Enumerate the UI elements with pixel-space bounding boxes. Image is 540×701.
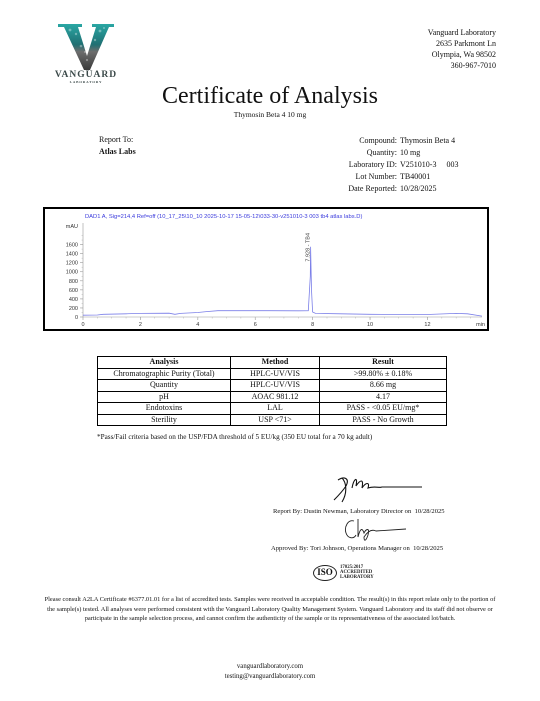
info-key: Compound:: [280, 135, 400, 147]
info-row-date-reported: Date Reported: 10/28/2025: [280, 183, 458, 195]
iso-laboratory: LABORATORY: [340, 575, 374, 580]
result-cell: PASS - <0.05 EU/mg*: [320, 403, 447, 415]
address-line: Olympia, Wa 98502: [428, 49, 496, 60]
website-link[interactable]: vanguardlaboratory.com: [0, 662, 540, 672]
table-row: Quantity HPLC-UV/VIS 8.66 mg: [98, 380, 447, 392]
svg-text:1000: 1000: [66, 270, 78, 276]
svg-text:1200: 1200: [66, 261, 78, 267]
svg-text:600: 600: [69, 288, 78, 294]
column-header-method: Method: [231, 357, 320, 369]
chart-title: DAD1 A, Sig=214,4 Ref=off (10_17_25\10_1…: [85, 214, 362, 220]
result-cell: 4.17: [320, 391, 447, 403]
method-cell: HPLC-UV/VIS: [231, 380, 320, 392]
iso-logo-icon: ISO: [313, 565, 337, 581]
info-value: Thymosin Beta 4: [400, 135, 455, 147]
svg-text:2: 2: [139, 322, 142, 328]
svg-text:6: 6: [254, 322, 257, 328]
table-row: pH AOAC 981.12 4.17: [98, 391, 447, 403]
svg-text:200: 200: [69, 306, 78, 312]
method-cell: USP <71>: [231, 414, 320, 426]
analysis-cell: Chromatographic Purity (Total): [98, 368, 231, 380]
result-cell: >99.80% ± 0.18%: [320, 368, 447, 380]
address-line: Vanguard Laboratory: [428, 27, 496, 38]
sample-info: Compound: Thymosin Beta 4 Quantity: 10 m…: [280, 135, 458, 195]
svg-text:12: 12: [424, 322, 430, 328]
x-axis-label: min: [476, 322, 485, 328]
svg-text:0: 0: [75, 315, 78, 321]
iso-text: 17025:2017 ACCREDITED LABORATORY: [340, 565, 374, 580]
document-subtitle: Thymosin Beta 4 10 mg: [0, 110, 540, 119]
lab-address: Vanguard Laboratory 2635 Parkmont Ln Oly…: [428, 27, 496, 71]
info-key: Quantity:: [280, 147, 400, 159]
report-to-label: Report To:: [99, 135, 133, 144]
column-header-result: Result: [320, 357, 447, 369]
email-link[interactable]: testing@vanguardlaboratory.com: [0, 672, 540, 682]
results-table: Analysis Method Result Chromatographic P…: [97, 356, 447, 426]
report-by-text: Report By: Dustin Newman, Laboratory Dir…: [273, 508, 411, 515]
chromatogram-trace: [83, 247, 482, 316]
analysis-cell: Sterility: [98, 414, 231, 426]
analysis-cell: Endotoxins: [98, 403, 231, 415]
info-value: 10 mg: [400, 147, 420, 159]
result-cell: 8.66 mg: [320, 380, 447, 392]
chromatogram: DAD1 A, Sig=214,4 Ref=off (10_17_25\10_1…: [43, 207, 489, 331]
peak-label: 7.928 - TB4: [306, 233, 312, 262]
info-key: Laboratory ID:: [280, 159, 400, 171]
info-key: Lot Number:: [280, 171, 400, 183]
svg-text:8: 8: [311, 322, 314, 328]
method-cell: HPLC-UV/VIS: [231, 368, 320, 380]
table-row: Chromatographic Purity (Total) HPLC-UV/V…: [98, 368, 447, 380]
table-row: Endotoxins LAL PASS - <0.05 EU/mg*: [98, 403, 447, 415]
info-row-lot-number: Lot Number: TB40001: [280, 171, 458, 183]
report-by-line: Report By: Dustin Newman, Laboratory Dir…: [273, 508, 445, 515]
svg-text:800: 800: [69, 279, 78, 285]
document-title: Certificate of Analysis: [0, 82, 540, 110]
manager-signature-icon: [340, 515, 410, 548]
info-row-quantity: Quantity: 10 mg: [280, 147, 458, 159]
column-header-analysis: Analysis: [98, 357, 231, 369]
address-phone: 360-967-7010: [428, 60, 496, 71]
method-cell: AOAC 981.12: [231, 391, 320, 403]
approved-by-text: Approved By: Tori Johnson, Operations Ma…: [271, 545, 410, 552]
info-row-laboratory-id: Laboratory ID: V251010-3 003: [280, 159, 458, 171]
report-to-value: Atlas Labs: [99, 147, 136, 156]
disclaimer-text: Please consult A2LA Certificate #6377.01…: [40, 595, 500, 624]
analysis-cell: Quantity: [98, 380, 231, 392]
report-by-date: 10/28/2025: [415, 508, 445, 515]
info-key: Date Reported:: [280, 183, 400, 195]
info-value: TB40001: [400, 171, 430, 183]
info-value: V251010-3 003: [400, 159, 458, 171]
svg-text:1600: 1600: [66, 243, 78, 249]
director-signature-icon: [330, 470, 425, 510]
approved-by-line: Approved By: Tori Johnson, Operations Ma…: [271, 545, 443, 552]
approved-by-date: 10/28/2025: [413, 545, 443, 552]
analysis-cell: pH: [98, 391, 231, 403]
contact-info: vanguardlaboratory.com testing@vanguardl…: [0, 662, 540, 681]
svg-text:10: 10: [367, 322, 373, 328]
iso-accreditation: ISO 17025:2017 ACCREDITED LABORATORY: [313, 563, 433, 587]
svg-text:400: 400: [69, 297, 78, 303]
table-footnote: *Pass/Fail criteria based on the USP/FDA…: [97, 433, 372, 441]
info-row-compound: Compound: Thymosin Beta 4: [280, 135, 458, 147]
info-value: 10/28/2025: [400, 183, 436, 195]
address-line: 2635 Parkmont Ln: [428, 38, 496, 49]
logo-name: VANGUARD: [44, 70, 128, 80]
svg-text:0: 0: [81, 322, 84, 328]
svg-text:1400: 1400: [66, 252, 78, 258]
table-row: Sterility USP <71> PASS - No Growth: [98, 414, 447, 426]
y-axis-label: mAU: [66, 224, 78, 230]
table-header-row: Analysis Method Result: [98, 357, 447, 369]
chromatogram-plot: DAD1 A, Sig=214,4 Ref=off (10_17_25\10_1…: [45, 209, 487, 329]
result-cell: PASS - No Growth: [320, 414, 447, 426]
svg-text:4: 4: [196, 322, 199, 328]
method-cell: LAL: [231, 403, 320, 415]
